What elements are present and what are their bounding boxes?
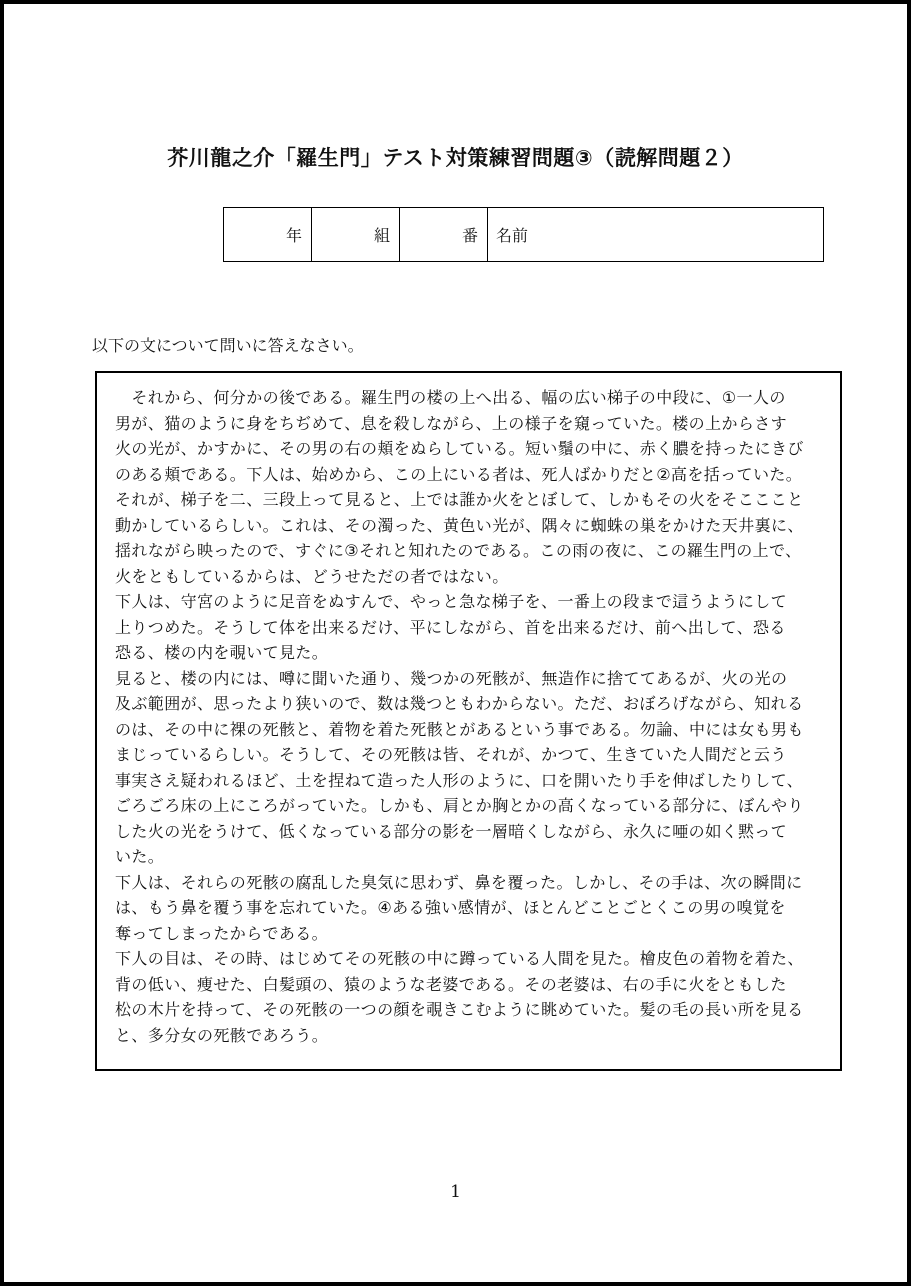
year-label: 年	[286, 228, 302, 245]
name-cell: 名前	[488, 208, 824, 262]
table-row: 年 組 番 名前	[224, 208, 824, 262]
name-label: 名前	[496, 228, 528, 245]
page-title: 芥川龍之介「羅生門」テスト対策練習問題③（読解問題２）	[4, 142, 907, 172]
number-label: 番	[462, 228, 478, 245]
passage-text: それから、何分かの後である。羅生門の楼の上へ出る、幅の広い梯子の中段に、①一人の…	[115, 386, 822, 1049]
worksheet-page: 芥川龍之介「羅生門」テスト対策練習問題③（読解問題２） 年 組 番 名前 以下の…	[0, 0, 911, 1286]
number-cell: 番	[400, 208, 488, 262]
page-number: 1	[4, 1182, 907, 1202]
name-header-table: 年 組 番 名前	[223, 207, 824, 262]
class-label: 組	[374, 228, 390, 245]
instruction-text: 以下の文について問いに答えなさい。	[92, 333, 364, 356]
passage-box: それから、何分かの後である。羅生門の楼の上へ出る、幅の広い梯子の中段に、①一人の…	[95, 371, 842, 1071]
class-cell: 組	[312, 208, 400, 262]
year-cell: 年	[224, 208, 312, 262]
